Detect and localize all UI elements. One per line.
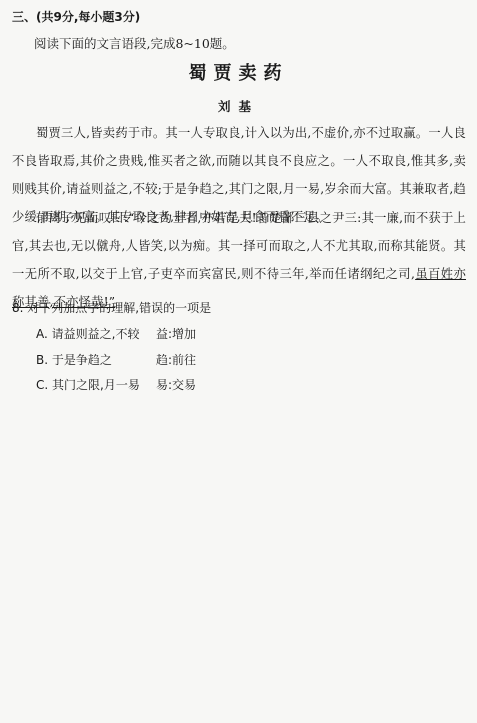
q8-option-c-gloss: 易:交易	[156, 377, 196, 393]
exam-page: 三、(共9分,每小题3分) 阅读下面的文言语段,完成8~10题。 蜀贾卖药 刘基…	[0, 0, 477, 723]
q8-option-b: B. 于是争趋之	[36, 352, 112, 368]
passage-author: 刘基	[0, 99, 477, 115]
passage-title: 蜀贾卖药	[0, 66, 477, 82]
q8-option-a-gloss: 益:增加	[156, 326, 196, 342]
instruction: 阅读下面的文言语段,完成8~10题。	[34, 36, 235, 52]
paragraph-2-text: 郁离子见而叹曰:“今之为士者,亦若是夫!昔楚鄙三县之尹三:其一廉,而不获于上官,…	[12, 211, 466, 281]
q8-option-c: C. 其门之限,月一易	[36, 377, 140, 393]
q8-option-b-gloss: 趋:前往	[156, 352, 196, 368]
q8-option-a: A. 请益则益之,不较	[36, 326, 139, 342]
section-heading: 三、(共9分,每小题3分)	[12, 9, 140, 25]
question-8-stem: 8. 对下列加点字的理解,错误的一项是	[12, 300, 211, 316]
